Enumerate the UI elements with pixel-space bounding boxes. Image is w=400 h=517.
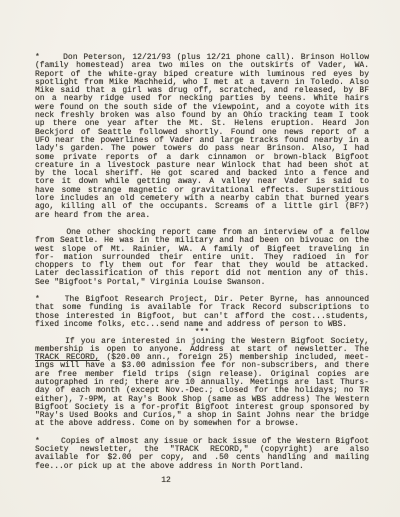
announcement-bigfoot-research-project: * The Bigfoot Research Project, Dir. Pet… [35, 296, 369, 329]
report-mt-rainier-bivouac: One other shocking report came from an i… [35, 229, 369, 287]
text-line: are heard from the area. [35, 212, 369, 220]
report-don-peterson-vader: * Don Peterson, 12/21/93 (plus 12/21 pho… [35, 54, 369, 220]
page-number: 12 [35, 476, 297, 485]
scanned-newsletter-page: * Don Peterson, 12/21/93 (plus 12/21 pho… [0, 0, 400, 517]
back-issues-information: * Copies of almost any issue or back iss… [35, 438, 369, 471]
page-body-text: * Don Peterson, 12/21/93 (plus 12/21 pho… [35, 54, 369, 471]
text-line: at the above address. Come on by somewhe… [35, 420, 369, 428]
membership-information: If you are interested in joining the Wes… [35, 338, 369, 429]
text-line: fee...or pick up at the above address in… [35, 463, 369, 471]
text-line: See "Bigfoot's Portal," Virginia Louise … [35, 279, 369, 287]
